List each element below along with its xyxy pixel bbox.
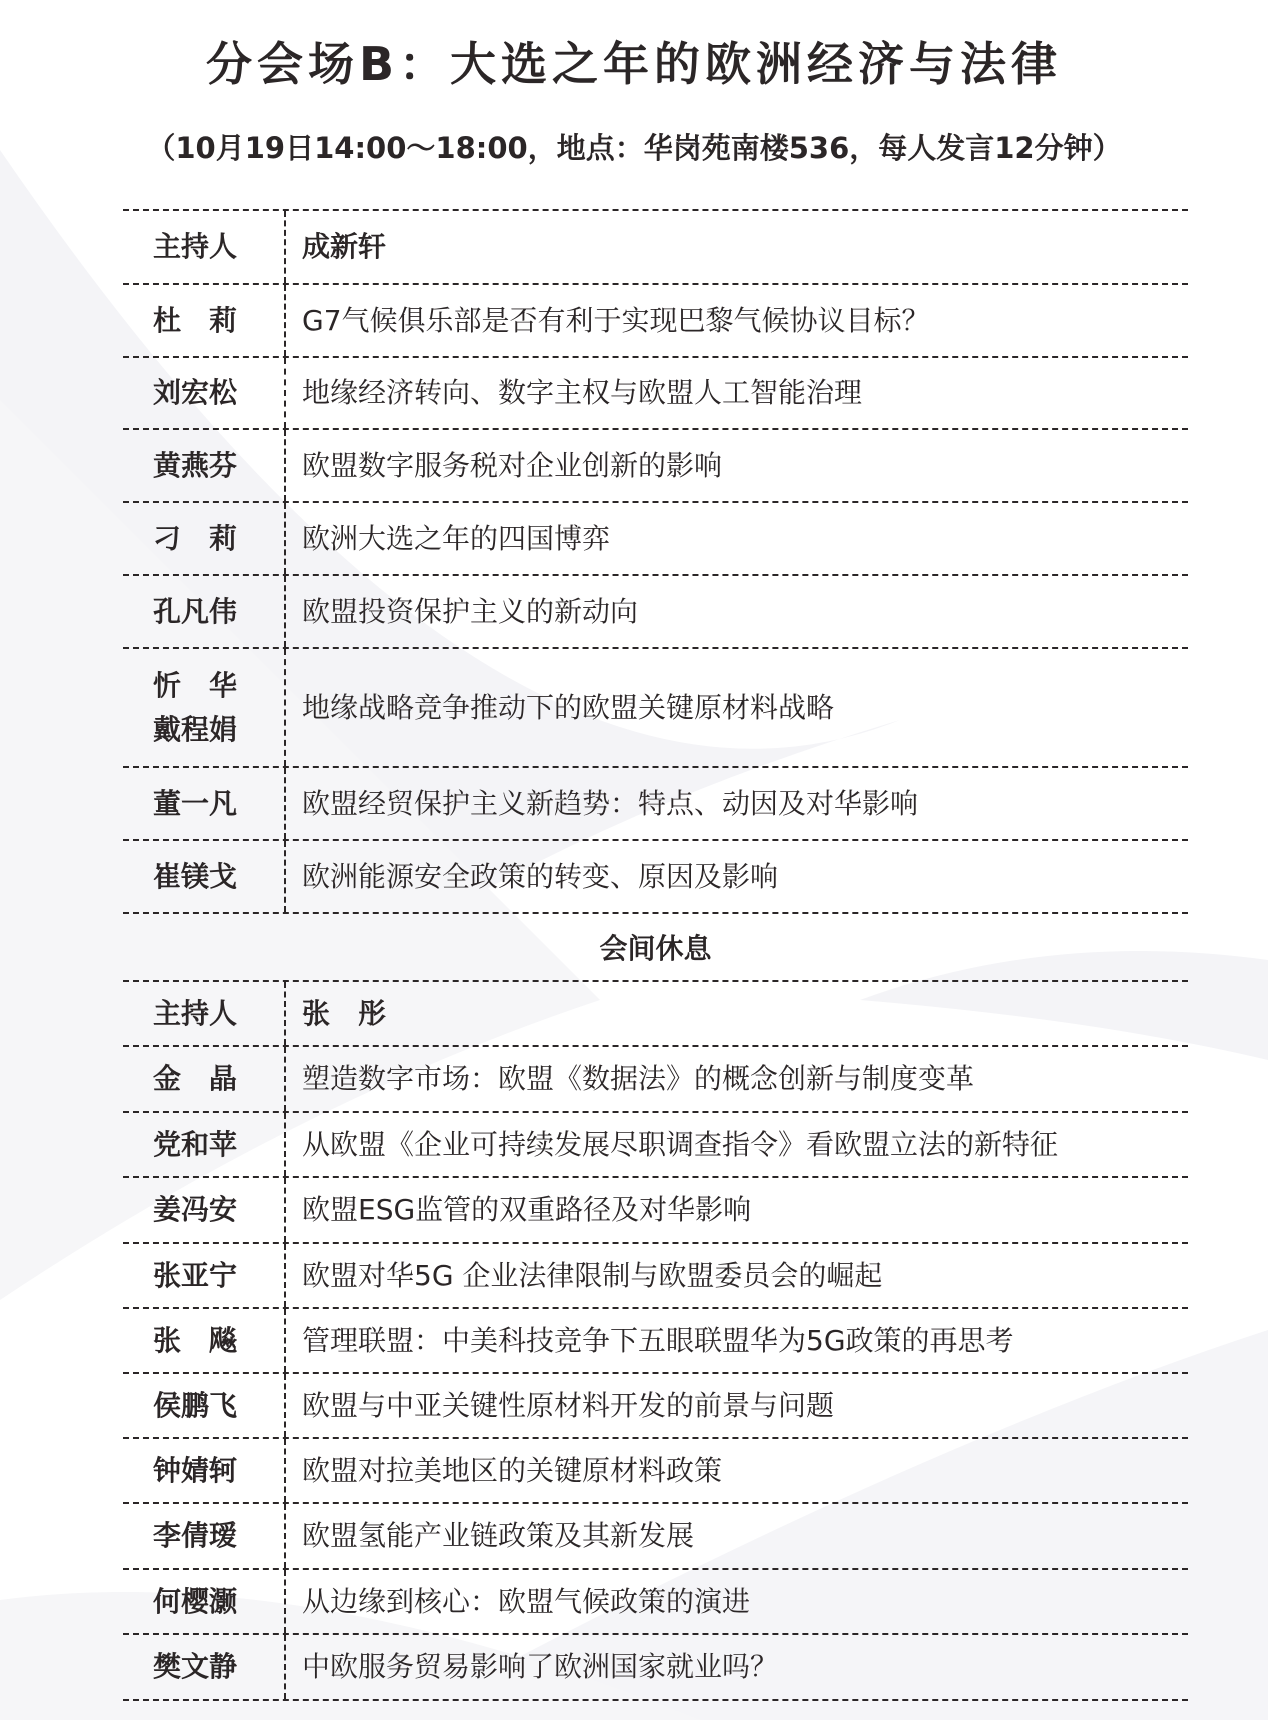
speaker-name: 刘宏松 bbox=[123, 358, 286, 428]
speaker-name: 姜冯安 bbox=[123, 1178, 286, 1242]
speaker-name: 崔镁戈 bbox=[123, 841, 286, 912]
host-label: 主持人 bbox=[123, 211, 286, 283]
speaker-name: 樊文静 bbox=[123, 1635, 286, 1699]
speaker-name: 党和苹 bbox=[123, 1113, 286, 1176]
table-row: 忻 华 戴程娟 地缘战略竞争推动下的欧盟关键原材料战略 bbox=[123, 649, 1188, 768]
talk-topic: 塑造数字市场：欧盟《数据法》的概念创新与制度变革 bbox=[286, 1047, 1188, 1111]
table-row: 姜冯安 欧盟ESG监管的双重路径及对华影响 bbox=[123, 1178, 1188, 1244]
break-row: 会间休息 bbox=[123, 914, 1188, 982]
speaker-name: 张 飚 bbox=[123, 1309, 286, 1372]
table-row: 何樱灏 从边缘到核心：欧盟气候政策的演进 bbox=[123, 1570, 1188, 1635]
table-row: 金 晶 塑造数字市场：欧盟《数据法》的概念创新与制度变革 bbox=[123, 1047, 1188, 1113]
talk-topic: 中欧服务贸易影响了欧洲国家就业吗？ bbox=[286, 1635, 1188, 1699]
table-row: 崔镁戈 欧洲能源安全政策的转变、原因及影响 bbox=[123, 841, 1188, 914]
table-row: 樊文静 中欧服务贸易影响了欧洲国家就业吗？ bbox=[123, 1635, 1188, 1701]
table-row: 张 飚 管理联盟：中美科技竞争下五眼联盟华为5G政策的再思考 bbox=[123, 1309, 1188, 1374]
talk-topic: 从欧盟《企业可持续发展尽职调查指令》看欧盟立法的新特征 bbox=[286, 1113, 1188, 1176]
talk-topic: 欧盟氢能产业链政策及其新发展 bbox=[286, 1504, 1188, 1568]
talk-topic: 管理联盟：中美科技竞争下五眼联盟华为5G政策的再思考 bbox=[286, 1309, 1188, 1372]
session-info: （10月19日14:00～18:00，地点：华岗苑南楼536，每人发言12分钟） bbox=[0, 126, 1268, 167]
table-row: 黄燕芬 欧盟数字服务税对企业创新的影响 bbox=[123, 430, 1188, 503]
speaker-names: 忻 华 戴程娟 bbox=[123, 649, 286, 766]
table-row: 党和苹 从欧盟《企业可持续发展尽职调查指令》看欧盟立法的新特征 bbox=[123, 1113, 1188, 1178]
speaker-name: 忻 华 bbox=[153, 664, 284, 708]
speaker-name: 何樱灏 bbox=[123, 1570, 286, 1633]
talk-topic: 欧盟对华5G 企业法律限制与欧盟委员会的崛起 bbox=[286, 1244, 1188, 1307]
speaker-name: 金 晶 bbox=[123, 1047, 286, 1111]
speaker-name: 侯鹏飞 bbox=[123, 1374, 286, 1437]
talk-topic: 地缘战略竞争推动下的欧盟关键原材料战略 bbox=[286, 649, 1188, 766]
talk-topic: 欧洲能源安全政策的转变、原因及影响 bbox=[286, 841, 1188, 912]
table-row: 刁 莉 欧洲大选之年的四国博弈 bbox=[123, 503, 1188, 576]
host-name: 成新轩 bbox=[286, 211, 1188, 283]
page-title: 分会场B：大选之年的欧洲经济与法律 bbox=[0, 28, 1268, 94]
speaker-name: 黄燕芬 bbox=[123, 430, 286, 501]
table-row: 董一凡 欧盟经贸保护主义新趋势：特点、动因及对华影响 bbox=[123, 768, 1188, 841]
talk-topic: 地缘经济转向、数字主权与欧盟人工智能治理 bbox=[286, 358, 1188, 428]
talk-topic: 欧盟经贸保护主义新趋势：特点、动因及对华影响 bbox=[286, 768, 1188, 839]
talk-topic: 欧盟与中亚关键性原材料开发的前景与问题 bbox=[286, 1374, 1188, 1437]
speaker-name: 戴程娟 bbox=[153, 708, 284, 752]
host-row: 主持人 张 彤 bbox=[123, 982, 1188, 1047]
table-row: 张亚宁 欧盟对华5G 企业法律限制与欧盟委员会的崛起 bbox=[123, 1244, 1188, 1309]
talk-topic: 欧盟对拉美地区的关键原材料政策 bbox=[286, 1439, 1188, 1502]
talk-topic: 欧盟投资保护主义的新动向 bbox=[286, 576, 1188, 647]
speaker-name: 李倩瑷 bbox=[123, 1504, 286, 1568]
talk-topic: 欧盟ESG监管的双重路径及对华影响 bbox=[286, 1178, 1188, 1242]
table-row: 刘宏松 地缘经济转向、数字主权与欧盟人工智能治理 bbox=[123, 358, 1188, 430]
speaker-name: 张亚宁 bbox=[123, 1244, 286, 1307]
talk-topic: 从边缘到核心：欧盟气候政策的演进 bbox=[286, 1570, 1188, 1633]
table-row: 李倩瑷 欧盟氢能产业链政策及其新发展 bbox=[123, 1504, 1188, 1570]
speaker-name: 孔凡伟 bbox=[123, 576, 286, 647]
host-row: 主持人 成新轩 bbox=[123, 211, 1188, 285]
speaker-name: 杜 莉 bbox=[123, 285, 286, 356]
talk-topic: 欧洲大选之年的四国博弈 bbox=[286, 503, 1188, 574]
table-row: 钟婧轲 欧盟对拉美地区的关键原材料政策 bbox=[123, 1439, 1188, 1504]
break-label: 会间休息 bbox=[599, 927, 711, 967]
table-row: 侯鹏飞 欧盟与中亚关键性原材料开发的前景与问题 bbox=[123, 1374, 1188, 1439]
table-row: 孔凡伟 欧盟投资保护主义的新动向 bbox=[123, 576, 1188, 649]
speaker-name: 钟婧轲 bbox=[123, 1439, 286, 1502]
host-name: 张 彤 bbox=[286, 982, 1188, 1045]
schedule-table: 主持人 成新轩 杜 莉 G7气候俱乐部是否有利于实现巴黎气候协议目标？ 刘宏松 … bbox=[123, 209, 1188, 1701]
table-row: 杜 莉 G7气候俱乐部是否有利于实现巴黎气候协议目标？ bbox=[123, 285, 1188, 358]
host-label: 主持人 bbox=[123, 982, 286, 1045]
talk-topic: 欧盟数字服务税对企业创新的影响 bbox=[286, 430, 1188, 501]
speaker-name: 刁 莉 bbox=[123, 503, 286, 574]
speaker-name: 董一凡 bbox=[123, 768, 286, 839]
talk-topic: G7气候俱乐部是否有利于实现巴黎气候协议目标？ bbox=[286, 285, 1188, 356]
